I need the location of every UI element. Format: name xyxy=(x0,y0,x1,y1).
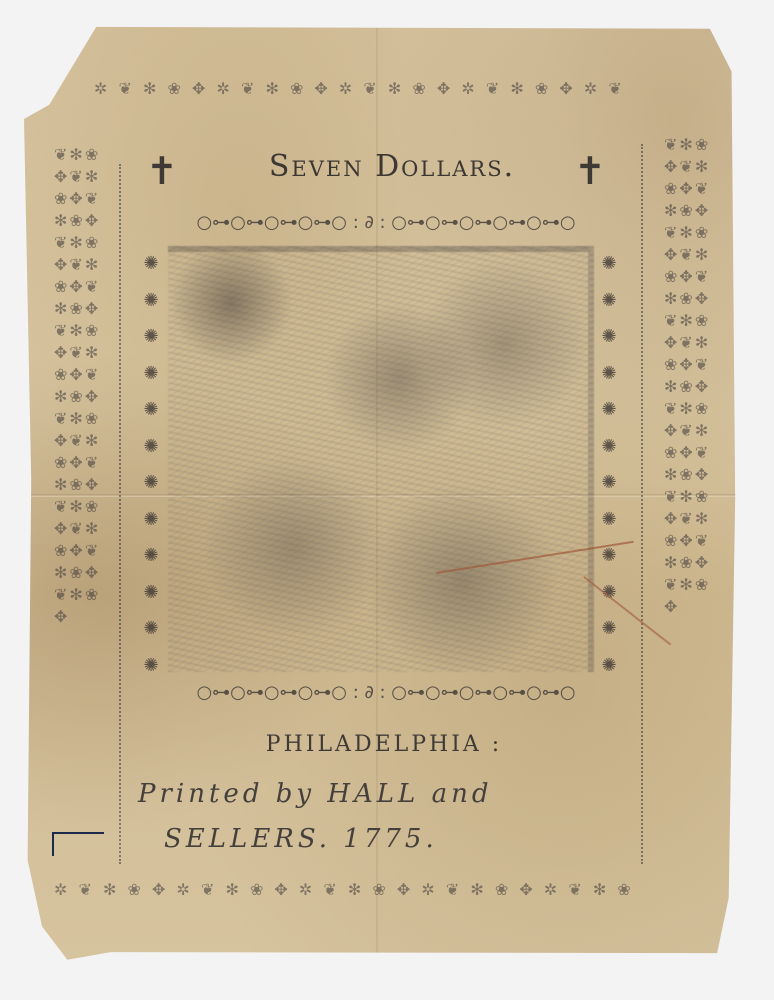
star-glyphs: ✺ ✺ ✺ ✺ ✺ ✺ ✺ ✺ ✺ ✺ ✺ ✺ xyxy=(136,246,166,684)
cross-ornament-icon: ✝ xyxy=(146,152,178,190)
ornamental-border-right: ❦✻❀✥❦✻❀✥❦✻❀✥❦✻❀✥❦✻❀✥❦✻❀✥❦✻❀✥❦✻❀✥❦✻❀✥❦✻❀✥… xyxy=(664,134,724,874)
star-glyphs: ✺ ✺ ✺ ✺ ✺ ✺ ✺ ✺ ✺ ✺ ✺ ✺ xyxy=(594,246,624,684)
dotted-rule-left xyxy=(119,164,121,864)
ornamental-border-bottom: ✲ ❦ ✻ ❀ ✥ ✲ ❦ ✻ ❀ ✥ ✲ ❦ ✻ ❀ ✥ ✲ ❦ ✻ ❀ ✥ … xyxy=(54,876,734,946)
star-column-left: ✺ ✺ ✺ ✺ ✺ ✺ ✺ ✺ ✺ ✺ ✺ ✺ xyxy=(136,246,166,684)
blue-ink-mark xyxy=(52,832,104,856)
chain-ornament-top: ○⊶○⊶○⊶○⊶○ : ∂ : ○⊶○⊶○⊶○⊶○⊶○ xyxy=(136,212,636,236)
ornamental-border-top: ✲ ❦ ✻ ❀ ✥ ✲ ❦ ✻ ❀ ✥ ✲ ❦ ✻ ❀ ✥ ✲ ❦ ✻ ❀ ✥ … xyxy=(94,76,714,136)
cross-ornament-icon: ✝ xyxy=(574,152,606,190)
city-imprint: PHILADELPHIA : xyxy=(174,732,594,757)
denomination-title: Seven Dollars. xyxy=(192,149,592,184)
chain-ornament-bottom: ○⊶○⊶○⊶○⊶○ : ∂ : ○⊶○⊶○⊶○⊶○⊶○ xyxy=(136,682,636,706)
ornamental-border-left: ❦✻❀✥❦✻❀✥❦✻❀✥❦✻❀✥❦✻❀✥❦✻❀✥❦✻❀✥❦✻❀✥❦✻❀✥❦✻❀✥… xyxy=(54,144,104,884)
banknote: ✲ ❦ ✻ ❀ ✥ ✲ ❦ ✻ ❀ ✥ ✲ ❦ ✻ ❀ ✥ ✲ ❦ ✻ ❀ ✥ … xyxy=(24,24,746,974)
star-column-right: ✺ ✺ ✺ ✺ ✺ ✺ ✺ ✺ ✺ ✺ ✺ ✺ xyxy=(594,246,624,684)
worn-central-vignette xyxy=(168,246,594,672)
printer-imprint-line-1: Printed by HALL and xyxy=(138,779,492,809)
printer-imprint-line-2: SELLERS. 1775. xyxy=(164,824,438,854)
dotted-rule-right xyxy=(641,144,643,864)
